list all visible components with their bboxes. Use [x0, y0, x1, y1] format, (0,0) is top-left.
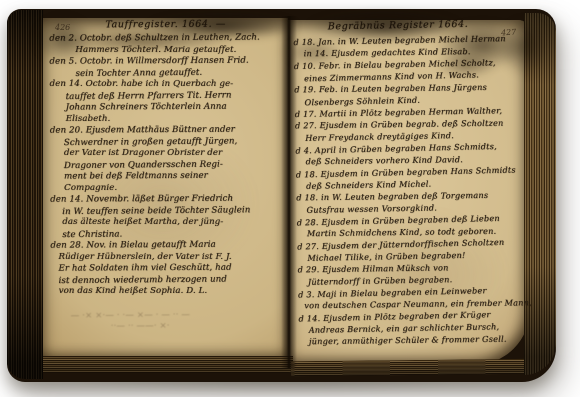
manuscript-line: ··— ·· ——· ×·: [111, 320, 284, 332]
right-page-lines: d 18. Jan. in W. Leuten begraben Michel …: [293, 32, 537, 348]
manuscript-line: der Vater ist Dragoner Obrister der: [64, 148, 283, 160]
manuscript-line: den 20. Ejusdem Matthäus Büttner ander: [50, 124, 283, 137]
left-page-lines: den 2. Octobr. deß Schultzen in Leuthen,…: [49, 32, 284, 333]
left-page-edge-stack: [7, 10, 43, 379]
manuscript-line: Er hat Soldaten ihm viel Geschütt, had: [58, 262, 283, 275]
left-page-heading: Tauffregister. 1664. —: [49, 17, 282, 31]
manuscript-line: von das Kind heißet Sophia. D. L.: [59, 286, 284, 298]
manuscript-line: den 14. Novembr. läßet Bürger Friedrich: [50, 193, 283, 206]
manuscript-line: den 14. Octobr. habe ich in Querbach ge-: [49, 79, 282, 91]
manuscript-line: tauffet deß Herrn Pfarrers Tit. Herrn: [65, 89, 282, 103]
left-page-text: Tauffregister. 1664. — den 2. Octobr. de…: [49, 17, 284, 348]
manuscript-line: Johann Schreiners Töchterlein Anna: [66, 101, 283, 114]
manuscript-line: ste Christina.: [62, 227, 283, 241]
manuscript-line: Dragoner von Quandersschen Regi-: [64, 158, 283, 172]
right-page-text: Begräbnüs Register 1664. d 18. Jan. in W…: [293, 17, 537, 363]
manuscript-line: den 2. Octobr. deß Schultzen in Leuthen,…: [49, 32, 282, 45]
manuscript-line: Elisabeth.: [66, 113, 283, 125]
manuscript-line: Compagnie.: [64, 182, 283, 194]
manuscript-line: sein Tochter Anna getauffet.: [75, 66, 282, 79]
manuscript-line: Rüdiger Hübnerslein, der Vater ist F. J.: [58, 251, 283, 263]
manuscript-line: ment bei deß Feldtmanns seiner: [64, 170, 283, 183]
photo-of-open-manuscript-book: 426 427 Tauffregister. 1664. — den 2. Oc…: [0, 0, 580, 397]
manuscript-line: das älteste heißet Martha, der jüng-: [62, 217, 283, 228]
manuscript-line: den 5. Octobr. in Willmersdorff Hansen F…: [49, 55, 282, 68]
open-book: 426 427 Tauffregister. 1664. — den 2. Oc…: [7, 9, 556, 382]
manuscript-line: jünger, anmüthiger Schüler & frommer Gse…: [309, 332, 537, 347]
manuscript-line: Hammers Töchterl. Maria getauffet.: [75, 44, 282, 56]
left-page-bottom-edges: [27, 356, 293, 373]
